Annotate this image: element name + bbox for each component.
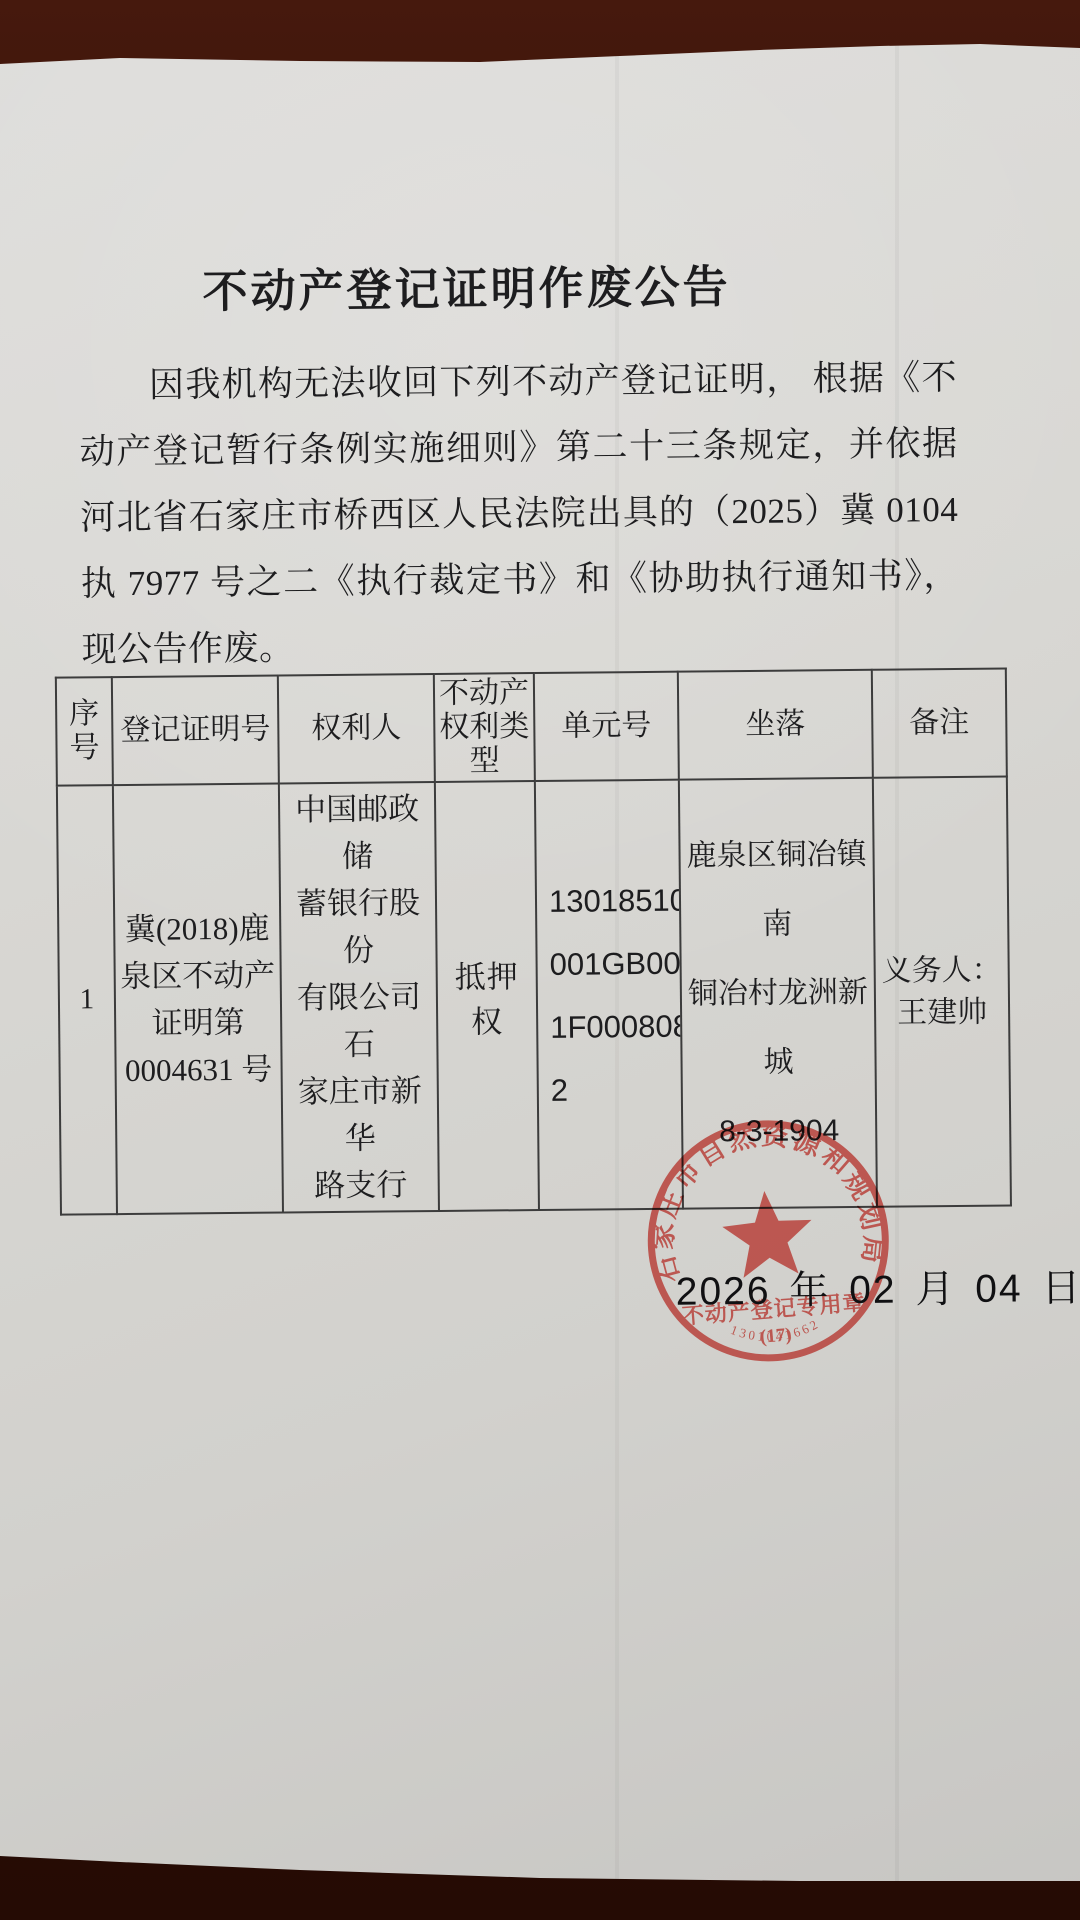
photo-background: 不动产登记证明作废公告 因我机构无法收回下列不动产登记证明， 根据《不动产登记暂… — [0, 0, 1080, 1920]
paper-sheet: 不动产登记证明作废公告 因我机构无法收回下列不动产登记证明， 根据《不动产登记暂… — [0, 0, 1080, 1920]
seal-graphic: 石家庄市自然资源和规划局 不动产登记专用章 (17) 1301041662 — [634, 1106, 903, 1375]
announcement-title: 不动产登记证明作废公告 — [0, 247, 1074, 322]
cell-remark: 义务人： 王建帅 — [873, 777, 1011, 1207]
cell-cert-no: 冀(2018)鹿 泉区不动产 证明第 0004631 号 — [113, 784, 283, 1215]
col-header-location: 坐落 — [678, 670, 873, 780]
col-header-right-type: 不动产权利类型 — [434, 673, 535, 782]
cell-right-type: 抵押权 — [435, 781, 539, 1211]
col-header-holder: 权利人 — [278, 674, 435, 783]
announcement-body: 因我机构无法收回下列不动产登记证明， 根据《不动产登记暂行条例实施细则》第二十三… — [79, 345, 960, 683]
table-header-row: 序号 登记证明号 权利人 不动产权利类型 单元号 坐落 备注 — [56, 669, 1007, 786]
col-header-unit-no: 单元号 — [534, 672, 679, 781]
announcement-document: 不动产登记证明作废公告 因我机构无法收回下列不动产登记证明， 根据《不动产登记暂… — [0, 0, 1080, 1920]
cell-seq: 1 — [57, 785, 117, 1215]
announcement-date: 2026 年 02 月 04 日 — [675, 1257, 1080, 1317]
col-header-cert-no: 登记证明号 — [112, 676, 279, 786]
col-header-seq: 序号 — [56, 677, 113, 786]
col-header-remark: 备注 — [872, 669, 1007, 778]
official-seal: 石家庄市自然资源和规划局 不动产登记专用章 (17) 1301041662 — [634, 1106, 903, 1375]
cell-holder: 中国邮政储 蓄银行股份 有限公司石 家庄市新华 路支行 — [279, 782, 439, 1212]
